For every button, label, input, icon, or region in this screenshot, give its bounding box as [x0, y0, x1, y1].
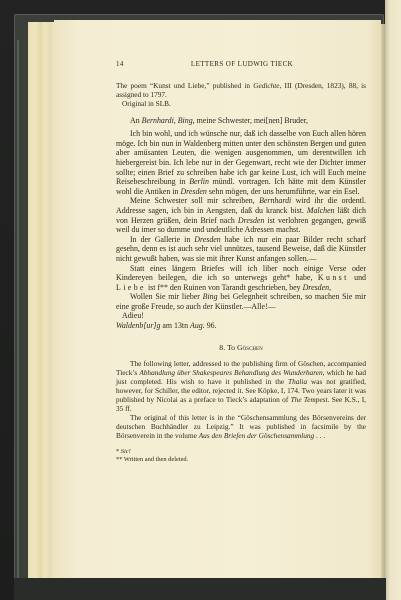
italic-place: Dresden — [180, 187, 206, 196]
footnote-1: * Sic! — [116, 448, 366, 456]
footnote-mark: ** — [116, 456, 124, 463]
italic-name: Bing — [203, 292, 218, 301]
text-run: Meine Schwester soll mir schreiben, — [130, 196, 259, 205]
italic-place: Dresden — [194, 235, 220, 244]
italic-name: Bing — [178, 116, 193, 125]
letter-paragraph-2: Meine Schwester soll mir schreiben, Bern… — [116, 196, 366, 234]
footnote-text: Written and then deleted. — [124, 456, 188, 463]
text-run: The poem “Kunst und Liebe,” published in — [116, 81, 253, 90]
spaced-word: Kunst — [318, 273, 349, 282]
italic-place: Dresden — [303, 283, 329, 292]
letter-paragraph-4: Statt eines längern Briefes will ich lib… — [116, 264, 366, 293]
italic-title: Thalia — [288, 377, 307, 386]
text-run: sehn mögen, der uns herumführte, war ein… — [207, 187, 360, 196]
section-heading: 8. To Göschen — [116, 343, 366, 353]
italic-title: Abhandlung über Shakespeares Behandlung … — [139, 368, 322, 377]
text-run: , — [329, 283, 331, 292]
italic-title: The Tempest — [291, 395, 328, 404]
italic-month: Aug. — [190, 321, 205, 330]
italic-name: Bernhardi — [259, 196, 291, 205]
footnote-text: Sic! — [121, 448, 131, 455]
italic-title: Aus den Briefen der Göschensammlung — [199, 431, 315, 440]
letter-closing: Adieu! — [116, 311, 366, 321]
intro-note: The poem “Kunst und Liebe,” published in… — [116, 81, 366, 99]
page-edges — [28, 22, 56, 598]
section-number: 8. — [219, 343, 225, 352]
italic-title: Gedichte — [253, 81, 279, 90]
original-location: Original in SLB. — [116, 99, 366, 108]
page-number: 14 — [116, 60, 136, 70]
footnotes: * Sic! ** Written and then deleted. — [116, 448, 366, 464]
text-run: , meine Schwester, mei[nen] Bruder, — [193, 116, 308, 125]
text-run: An — [130, 116, 142, 125]
page-content: 14 LETTERS OF LUDWIG TIECK The poem “Kun… — [116, 60, 366, 464]
text-run: ist f** den Ruinen von Tarandt geschrieb… — [146, 283, 303, 292]
running-head: 14 LETTERS OF LUDWIG TIECK — [116, 60, 366, 70]
spaced-word: Liebe — [116, 283, 146, 292]
footnote-2: ** Written and then deleted. — [116, 456, 366, 464]
letter-dateline: Waldenb[ur]g am 13tn Aug. 96. — [116, 321, 366, 331]
section-title-name: Göschen — [237, 343, 263, 352]
text-run: am 13tn — [160, 321, 190, 330]
text-run: . . . — [314, 431, 325, 440]
text-run: In der Gallerie in — [130, 235, 194, 244]
photo-scene: 14 LETTERS OF LUDWIG TIECK The poem “Kun… — [0, 0, 401, 600]
italic-place: Dresden — [238, 216, 264, 225]
letter-paragraph-3: In der Gallerie in Dresden habe ich nur … — [116, 235, 366, 264]
italic-place: Berlin — [189, 177, 209, 186]
letter-paragraph-1: Ich bin wohl, und ich wünsche nur, daß i… — [116, 129, 366, 196]
text-run: 96. — [205, 321, 217, 330]
running-head-title: LETTERS OF LUDWIG TIECK — [136, 60, 366, 70]
facing-page-slice — [385, 0, 401, 600]
section-title-to: To — [227, 343, 235, 352]
text-run: und — [349, 273, 366, 282]
letter-paragraph-5: Wollen Sie mir lieber Bing bei Gelegnhei… — [116, 292, 366, 311]
cover-edge-highlight — [17, 40, 19, 580]
text-run: Wollen Sie mir lieber — [130, 292, 203, 301]
section-note-paragraph-1: The following letter, addressed to the p… — [116, 359, 366, 413]
italic-name: Bernhardi — [142, 116, 174, 125]
cover-bottom-edge — [14, 578, 386, 600]
italic-name: Malchen — [307, 206, 335, 215]
italic-place: Waldenb[ur]g — [116, 321, 160, 330]
section-note-paragraph-2: The original of this letter is in the “G… — [116, 413, 366, 440]
letter-salutation: An Bernhardi, Bing, meine Schwester, mei… — [116, 116, 366, 126]
